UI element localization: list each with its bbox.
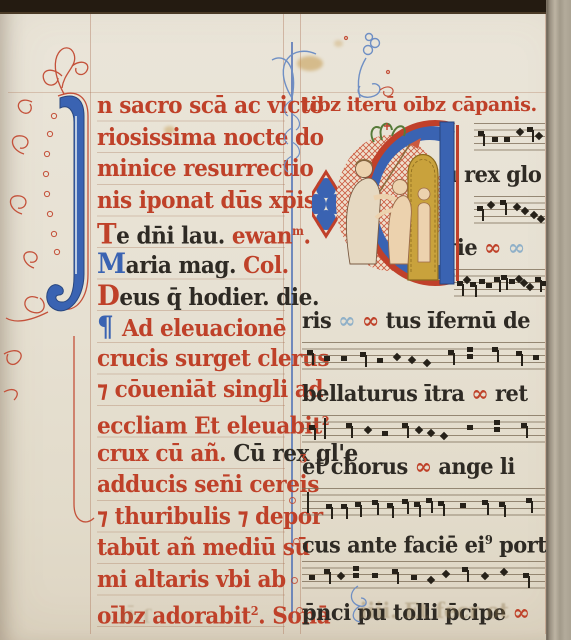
text-line: crux cū añ. Cū rex gl'e bbox=[97, 438, 274, 470]
red-margin-mark bbox=[296, 607, 303, 614]
neume-p bbox=[341, 356, 347, 361]
text-segment: ∞ bbox=[471, 381, 488, 407]
text-segment bbox=[355, 308, 362, 334]
neume-d bbox=[513, 203, 521, 211]
book-fore-edge bbox=[546, 0, 571, 640]
text-segment: ris bbox=[302, 308, 338, 334]
neume-p bbox=[309, 575, 315, 580]
neume-v bbox=[387, 503, 393, 508]
text-segment: ange li bbox=[432, 454, 515, 480]
neume-v bbox=[341, 504, 347, 509]
neume-t bbox=[324, 418, 327, 439]
neume-p bbox=[411, 575, 417, 580]
text-segment: ⁊ cōueniāt singli ad bbox=[97, 376, 323, 403]
neume-l bbox=[494, 420, 500, 425]
manuscript-page-photo: n sacro scā ac victo riosissima nocte do… bbox=[0, 0, 571, 640]
divider-leaf-penwork bbox=[280, 96, 304, 186]
neume-v bbox=[355, 502, 361, 507]
initial-I-body bbox=[47, 96, 84, 311]
text-line: adducis sen̄i cereis bbox=[97, 469, 274, 501]
text-segment: ewan bbox=[232, 223, 292, 250]
text-line: Maria mag. Col. bbox=[97, 248, 274, 280]
text-segment: bellaturus ītra bbox=[302, 381, 471, 407]
neume-d bbox=[537, 215, 545, 223]
neume-v bbox=[326, 504, 332, 509]
neume-v bbox=[501, 275, 507, 280]
text-segment: tus īfernū de bbox=[379, 308, 530, 334]
text-line: crucis surget clerus bbox=[97, 343, 274, 375]
neume-v bbox=[526, 498, 532, 503]
neume-v bbox=[402, 423, 408, 428]
text-segment: eus q̄ hodier. die. bbox=[119, 284, 319, 311]
neume-d bbox=[408, 356, 416, 364]
text-segment: Ad eleuacionē bbox=[122, 315, 286, 342]
neume-v bbox=[477, 206, 483, 211]
text-segment: ⁊ thuribulis ⁊ depor bbox=[97, 503, 323, 530]
text-line: minice resurrectio bbox=[97, 153, 274, 185]
neume-t bbox=[307, 492, 310, 513]
text-line: eccliam Et eleuabit2 bbox=[97, 406, 274, 438]
text-line: mi altaris vbi ab bbox=[97, 564, 274, 596]
neume-p bbox=[324, 356, 330, 361]
neume-v bbox=[470, 282, 476, 287]
historiated-initial-C bbox=[312, 112, 464, 294]
neume-d bbox=[393, 353, 401, 361]
text-segment: ∞ bbox=[512, 600, 529, 626]
text-segment: ∞ bbox=[338, 308, 355, 334]
text-segment: cus ante faciē ei bbox=[302, 532, 485, 558]
text-segment: ∞ bbox=[362, 308, 379, 334]
text-segment: eccliam Et eleuabit bbox=[97, 413, 322, 440]
neume-p bbox=[382, 431, 388, 436]
text-segment: nis iponat dūs xp̄is bbox=[97, 187, 316, 214]
text-segment: ∞ bbox=[484, 235, 501, 261]
red-margin-mark bbox=[291, 577, 298, 584]
neume-d bbox=[487, 201, 495, 209]
neume-p bbox=[486, 283, 492, 288]
neume-v bbox=[402, 499, 408, 504]
chant-text-line: bellaturus ītra ∞ ret bbox=[302, 380, 533, 410]
neume-p bbox=[504, 137, 510, 142]
neume-d bbox=[337, 572, 345, 580]
neume-p bbox=[509, 279, 515, 284]
neume-p bbox=[492, 137, 498, 142]
neume-v bbox=[500, 200, 506, 205]
neume-v bbox=[482, 500, 488, 505]
chant-text-line: ris ∞ ∞ tus īfernū de bbox=[302, 307, 533, 337]
text-line: ⁊ cōueniāt singli ad bbox=[97, 374, 274, 406]
text-segment: tabūt añ mediū sū bbox=[97, 534, 310, 561]
neume-v bbox=[494, 277, 500, 282]
red-margin-mark bbox=[293, 538, 300, 545]
initial-I-with-penwork bbox=[2, 36, 110, 566]
neume-v bbox=[527, 127, 533, 132]
neume-v bbox=[462, 567, 468, 572]
neume-d bbox=[535, 132, 543, 140]
text-line: ¶ Ad eleuacionē bbox=[97, 311, 274, 343]
bottom-penwork-curl bbox=[344, 584, 372, 624]
text-segment: ∞ bbox=[415, 454, 432, 480]
neume-d bbox=[500, 568, 508, 576]
music-stave bbox=[302, 561, 545, 599]
neume-v bbox=[535, 277, 541, 282]
neume-p bbox=[479, 279, 485, 284]
text-line: Deus q̄ hodier. die. bbox=[97, 280, 274, 312]
text-segment: ret bbox=[488, 381, 527, 407]
neume-p bbox=[533, 355, 539, 360]
neume-d bbox=[515, 128, 523, 136]
neume-v bbox=[438, 501, 444, 506]
music-stave bbox=[302, 415, 545, 453]
photo-top-border bbox=[0, 0, 571, 14]
neume-v bbox=[414, 502, 420, 507]
neume-v bbox=[372, 500, 378, 505]
neume-v bbox=[392, 569, 398, 574]
text-line: riosissima nocte do bbox=[97, 122, 274, 154]
neume-p bbox=[460, 503, 466, 508]
text-segment: Col. bbox=[243, 252, 289, 279]
neume-p bbox=[372, 573, 378, 578]
text-segment: crux cū añ. bbox=[97, 440, 233, 467]
text-segment: ∞ bbox=[508, 235, 525, 261]
text-line: tabūt añ mediū sū bbox=[97, 532, 274, 564]
neume-p bbox=[467, 425, 473, 430]
text-line: ⁊ thuribulis ⁊ depor bbox=[97, 501, 274, 533]
neume-d bbox=[422, 359, 430, 367]
bleedthrough-text: iiii. Et fecr ot bbox=[360, 598, 509, 623]
neume-d bbox=[427, 576, 435, 584]
neume-d bbox=[481, 572, 489, 580]
neume-v bbox=[492, 347, 498, 352]
neume-d bbox=[442, 570, 450, 578]
neume-d bbox=[427, 429, 435, 437]
red-margin-mark bbox=[289, 497, 296, 504]
right-music-column: tibz iterū oībz cāpanis. ū rex glo rie ∞… bbox=[302, 92, 545, 632]
top-penwork-flourish bbox=[242, 28, 402, 100]
text-segment: et chorus bbox=[302, 454, 415, 480]
neume-p bbox=[377, 358, 383, 363]
music-stave bbox=[302, 488, 545, 526]
neume-v bbox=[307, 350, 313, 355]
text-segment: aria mag. bbox=[126, 252, 244, 279]
text-line: nis iponat dūs xp̄is bbox=[97, 185, 274, 217]
left-text-column: n sacro scā ac victo riosissima nocte do… bbox=[97, 90, 285, 630]
text-line: Te dn̄i lau. ewanm. bbox=[97, 216, 274, 248]
text-segment: adducis sen̄i cereis bbox=[97, 471, 319, 498]
text-segment: crucis surget clerus bbox=[97, 345, 329, 372]
neume-v bbox=[523, 573, 529, 578]
neume-v bbox=[309, 425, 315, 430]
neume-v bbox=[448, 350, 454, 355]
neume-d bbox=[364, 426, 372, 434]
neume-v bbox=[360, 352, 366, 357]
neume-v bbox=[499, 502, 505, 507]
neume-l bbox=[353, 566, 359, 571]
neume-v bbox=[478, 131, 484, 136]
text-segment: mi altaris vbi ab bbox=[97, 566, 286, 593]
neume-d bbox=[439, 432, 447, 440]
chant-text-line: et chorus ∞ ange li bbox=[302, 453, 533, 483]
neume-d bbox=[526, 283, 534, 291]
neume-v bbox=[346, 423, 352, 428]
neume-d bbox=[521, 207, 529, 215]
neume-d bbox=[415, 426, 423, 434]
bleedthrough-text: it̄ ſ bbox=[120, 606, 151, 628]
neume-v bbox=[516, 351, 522, 356]
music-stave bbox=[302, 342, 545, 380]
chant-text-line: cus ante faciē ei9 portas bbox=[302, 526, 533, 556]
neume-v bbox=[426, 498, 432, 503]
neume-v bbox=[521, 423, 527, 428]
text-segment bbox=[501, 235, 508, 261]
text-segment: e dn̄i lau. bbox=[116, 223, 232, 250]
neume-v bbox=[324, 569, 330, 574]
red-margin-squiggle: ʒ bbox=[300, 450, 306, 463]
neume-l bbox=[467, 347, 473, 352]
